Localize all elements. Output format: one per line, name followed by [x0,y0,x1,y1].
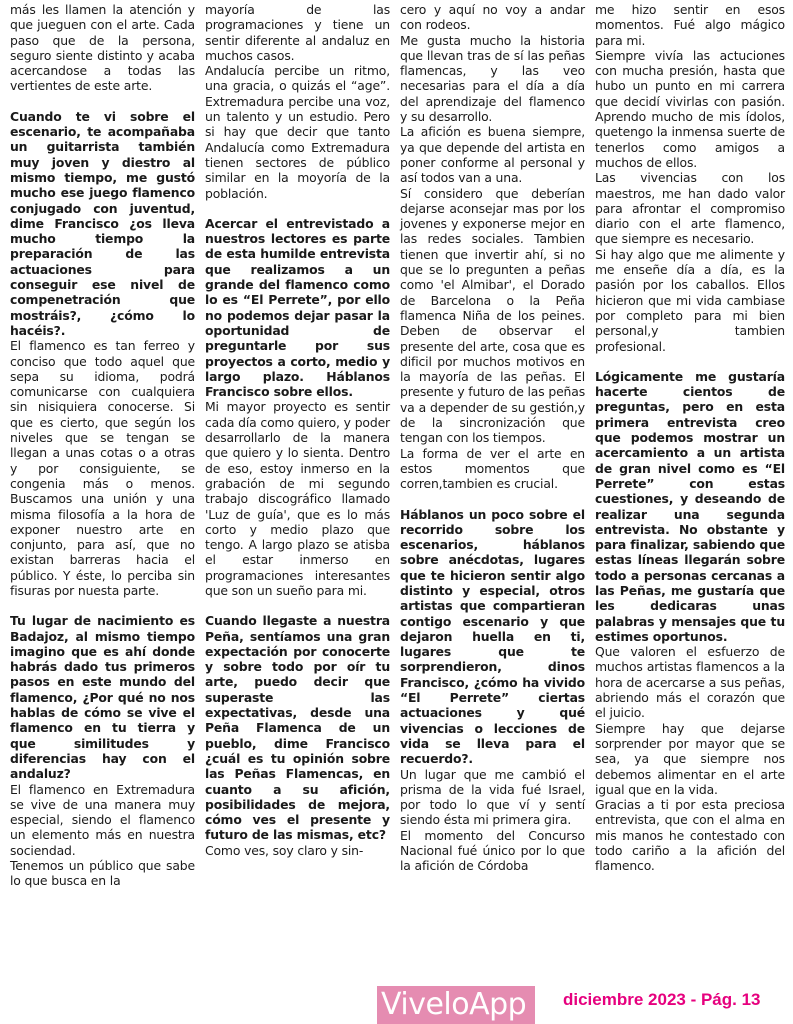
interview-question: Tu lugar de nacimiento es Badajoz, al mi… [10,613,195,781]
interview-answer: Si hay algo que me alimente y me enseñe … [595,247,785,354]
interview-question: Acercar el entrevistado a nuestros lecto… [205,216,390,400]
interview-answer: El flamenco es tan ferreo y conciso que … [10,338,195,598]
interview-answer: Mi mayor proyecto es sentir cada día com… [205,399,390,598]
text-column-1: más les llamen la atención y que jueguen… [10,2,195,889]
interview-answer: me hizo sentir en esos momentos. Fué alg… [595,2,785,48]
interview-question: Háblanos un poco sobre el recorrido sobr… [400,507,585,767]
interview-question: Cuando llegaste a nuestra Peña, sentíamo… [205,613,390,842]
interview-answer: más les llamen la atención y que jueguen… [10,2,195,94]
text-column-2: mayoría de las programaciones y tiene un… [205,2,390,858]
vivelo-app-logo: ViveloApp [377,986,535,1024]
issue-date-page-number: diciembre 2023 - Pág. 13 [563,990,761,1010]
interview-answer: cero y aquí no voy a andar con rodeos. [400,2,585,33]
interview-answer: Siempre vivía las actuciones con mucha p… [595,48,785,170]
interview-answer: Las vivencias con los maestros, me han d… [595,170,785,246]
text-column-3: cero y aquí no voy a andar con rodeos.Me… [400,2,585,874]
interview-answer: Gracias a ti por esta preciosa entrevist… [595,797,785,873]
interview-answer: mayoría de las programaciones y tiene un… [205,2,390,63]
interview-answer: La afición es buena siempre, ya que depe… [400,124,585,185]
interview-answer: Siempre hay que dejarse sorprender por m… [595,721,785,797]
interview-answer: Andalucía percibe un ritmo, una gracia, … [205,63,390,201]
interview-answer: El flamenco en Extremadura se vive de un… [10,782,195,858]
interview-answer: Me gusta mucho la historia que llevan tr… [400,33,585,125]
text-column-4: me hizo sentir en esos momentos. Fué alg… [595,2,785,874]
interview-answer: Como ves, soy claro y sin- [205,843,390,858]
interview-question: Cuando te vi sobre el escenario, te acom… [10,109,195,338]
interview-answer: Que valoren el esfuerzo de muchos artist… [595,644,785,720]
interview-answer: Sí considero que deberían dejarse aconse… [400,186,585,446]
magazine-page: más les llamen la atención y que jueguen… [0,0,793,1024]
interview-answer: La forma de ver el arte en estos momento… [400,446,585,492]
interview-answer: El momento del Concurso Nacional fué úni… [400,828,585,874]
interview-question: Lógicamente me gustaría hacerte cientos … [595,369,785,644]
interview-answer: Tenemos un público que sabe lo que busca… [10,858,195,889]
interview-answer: Un lugar que me cambió el prisma de la v… [400,767,585,828]
